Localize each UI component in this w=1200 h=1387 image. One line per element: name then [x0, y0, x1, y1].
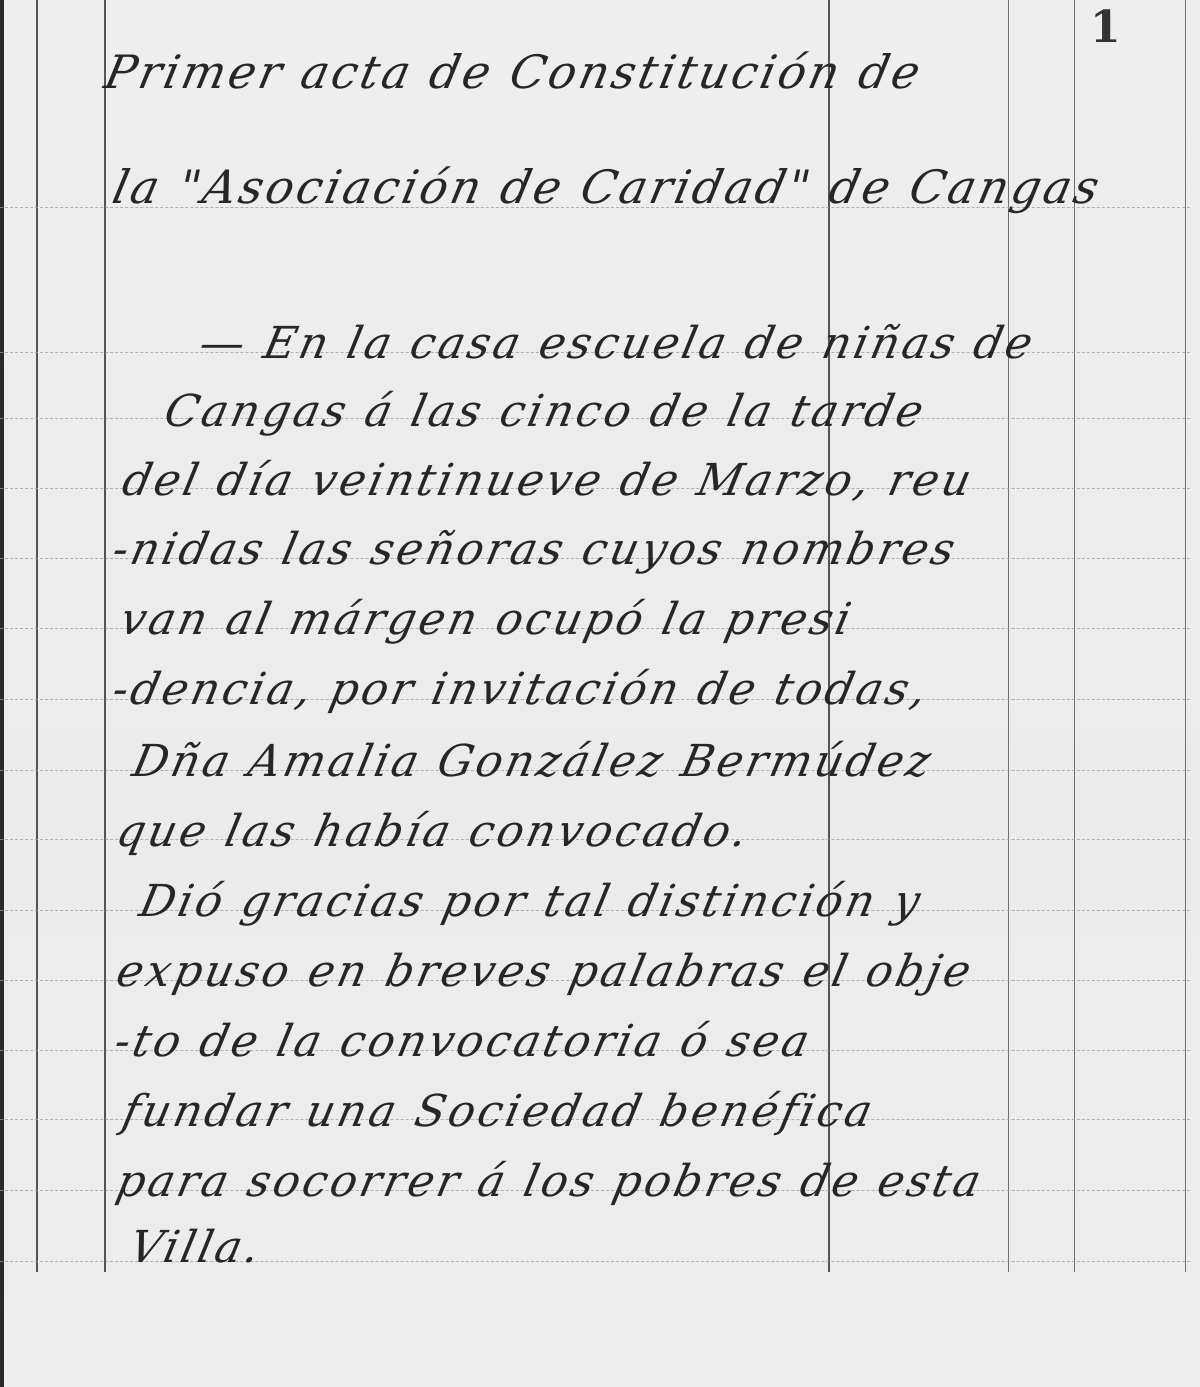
body-line-2: Cangas á las cinco de la tarde — [160, 386, 931, 437]
body-line-14: Villa. — [125, 1222, 267, 1273]
page-edge — [0, 0, 4, 1387]
ledger-page: 1 Primer acta de Constitución de la "Aso… — [0, 0, 1200, 1387]
body-line-11: -to de la convocatoria ó sea — [110, 1016, 817, 1067]
body-line-13: para socorrer á los pobres de esta — [112, 1156, 988, 1207]
body-line-1: — En la casa escuela de niñas de — [195, 318, 1040, 369]
body-line-4: -nidas las señoras cuyos nombres — [108, 524, 962, 575]
column-rule-4 — [1185, 0, 1186, 1272]
margin-rule-outer — [36, 0, 38, 1272]
margin-rule-inner — [104, 0, 106, 1272]
body-line-9: Dió gracias por tal distinción y — [135, 876, 928, 927]
body-line-12: fundar una Sociedad benéfica — [118, 1086, 880, 1137]
body-line-10: expuso en breves palabras el obje — [112, 946, 978, 997]
body-line-7: Dña Amalia González Bermúdez — [128, 736, 938, 787]
body-line-3: del día veintinueve de Marzo, reu — [118, 455, 979, 506]
title-line-1: Primer acta de Constitución de — [100, 45, 928, 99]
page-number: 1 — [1090, 2, 1121, 53]
body-line-6: -dencia, por invitación de todas, — [108, 664, 934, 715]
body-line-8: que las había convocado. — [112, 806, 755, 857]
body-line-5: van al márgen ocupó la presi — [116, 594, 858, 645]
title-line-2: la "Asociación de Caridad" de Cangas — [108, 160, 1107, 214]
